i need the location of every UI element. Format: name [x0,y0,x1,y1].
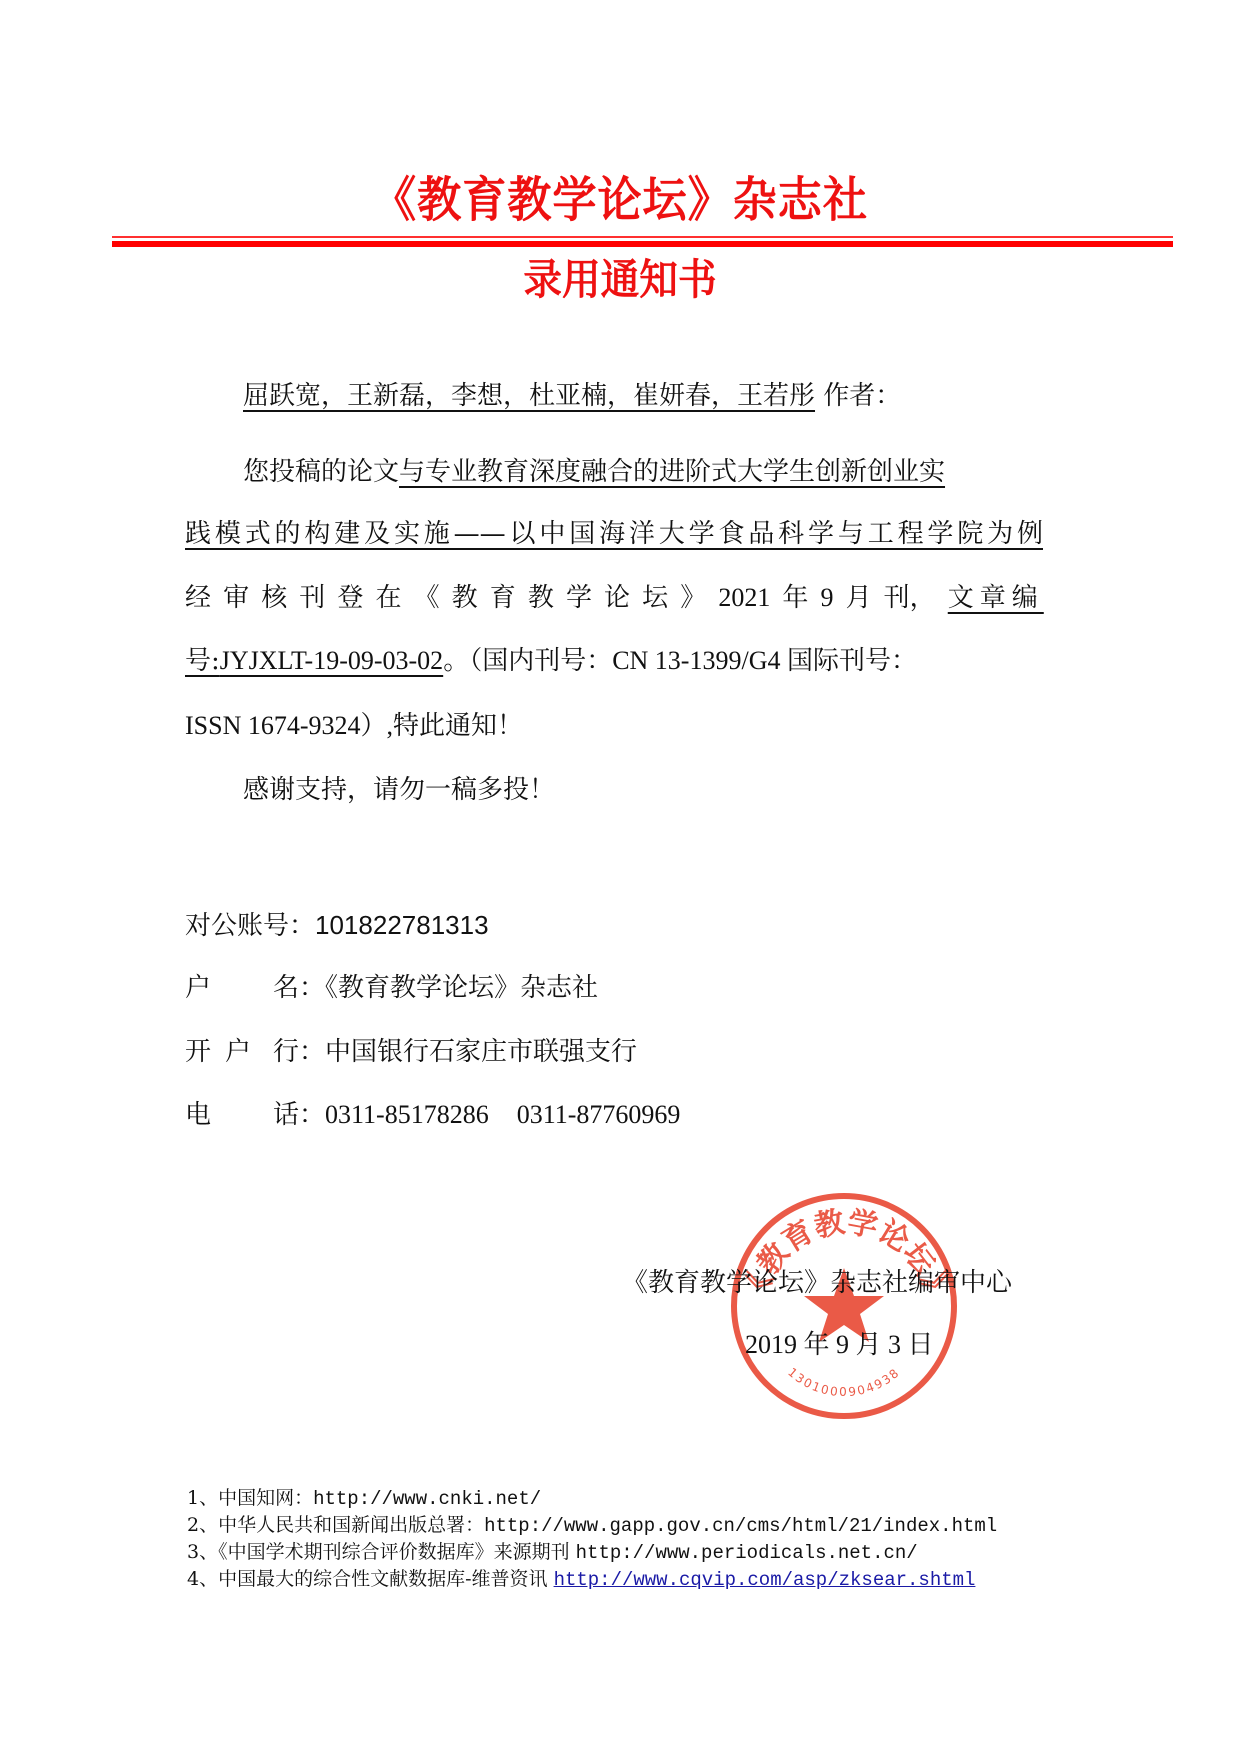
notice-line-4: 号:JYJXLT-19-09-03-02。（国内刊号：CN 13-1399/G4… [185,641,917,681]
reference-url: http://www.cnki.net/ [313,1488,541,1510]
text-fragment: 》 [680,578,706,618]
document-title: 录用通知书 [50,252,1191,308]
seal-number: 1301000904938 [785,1365,903,1399]
article-number: JYJXLT-19-09-03-02 [220,646,443,675]
notice-line-2: 践模式的构建及实施——以中国海洋大学食品科学与工程学院为例 [185,514,1043,554]
article-number-label-start: 文章编 [948,578,1044,618]
text-fragment: 经 [185,578,211,618]
account-name: 《教育教学论坛》杂志社 [325,973,598,1003]
reference-label: 2、中华人民共和国新闻出版总署： [187,1514,484,1536]
phone-row: 电话：0311-851782860311-87760969 [185,1095,680,1135]
text-fragment: 《 [414,578,440,618]
text-fragment: 刊 [299,578,325,618]
reference-item-3: 3、《中国学术期刊综合评价数据库》来源期刊 http://www.periodi… [187,1539,918,1567]
thanks-line: 感谢支持，请勿一稿多投！ [243,770,555,810]
text-fragment: 登 [337,578,363,618]
name-label-2: 名： [273,973,325,1003]
notice-line-5: ISSN 1674-9324）,特此通知！ [185,706,523,746]
header-rule-thin [112,236,1173,238]
bank-label-3: 行： [273,1037,325,1067]
header-rule-thick [112,241,1173,247]
phone-label-1: 电 [185,1095,273,1135]
notice-prefix: 您投稿的论文 [243,457,399,487]
reference-url: http://www.periodicals.net.cn/ [576,1542,918,1564]
svg-text:1301000904938: 1301000904938 [785,1365,903,1399]
issue-date: 2019 年 9 月 3 日 [745,1325,934,1365]
bank-label-1: 开 [185,1032,225,1072]
phone-number-2: 0311-87760969 [517,1100,681,1129]
journal-codes: 。（国内刊号：CN 13-1399/G4 国际刊号： [443,646,917,675]
article-number-label-end: 号: [185,646,220,676]
reference-label: 1、中国知网： [187,1487,313,1509]
text-fragment: 在 [375,578,401,618]
text-fragment: 坛 [642,578,668,618]
reference-label: 4、中国最大的综合性文献数据库-维普资讯 [187,1568,554,1590]
reference-item-4: 4、中国最大的综合性文献数据库-维普资讯 http://www.cqvip.co… [187,1566,975,1594]
authors-suffix: 作者： [815,381,901,411]
authors-line: 屈跃宽，王新磊，李想，杜亚楠，崔妍春，王若彤 作者： [243,376,901,416]
bank-row: 开户行：中国银行石家庄市联强支行 [185,1032,637,1072]
reference-item-2: 2、中华人民共和国新闻出版总署：http://www.gapp.gov.cn/c… [187,1512,997,1540]
phone-number-1: 0311-85178286 [325,1100,489,1129]
account-label: 对公账号： [185,911,315,941]
reference-item-1: 1、中国知网：http://www.cnki.net/ [187,1485,541,1513]
text-fragment: 论 [604,578,630,618]
official-seal-icon: 《教育教学论坛》 1301000904938 [728,1190,960,1422]
reference-label: 3、《中国学术期刊综合评价数据库》来源期刊 [187,1541,576,1563]
text-fragment: 学 [566,578,592,618]
publish-month: 9 [820,578,833,618]
paper-title-part-2: 践模式的构建及实施——以中国海洋大学食品科学与工程学院为例 [185,514,1043,554]
account-name-row: 户名：《教育教学论坛》杂志社 [185,968,598,1008]
notice-line-1: 您投稿的论文与专业教育深度融合的进阶式大学生创新创业实 [243,452,945,492]
publish-year: 2021 [718,578,770,618]
text-fragment: 刊， [884,578,936,618]
notice-line-3: 经 审 核 刊 登 在 《 教 育 教 学 论 坛 》 2021 年 9 月 刊… [185,578,1044,618]
text-fragment: 月 [846,578,872,618]
name-label-1: 户 [185,968,273,1008]
text-fragment: 审 [223,578,249,618]
text-fragment: 育 [490,578,516,618]
bank-name: 中国银行石家庄市联强支行 [325,1037,637,1067]
authors: 屈跃宽，王新磊，李想，杜亚楠，崔妍春，王若彤 [243,381,815,411]
publisher-title: 《教育教学论坛》杂志社 [50,170,1191,230]
paper-title-part-1: 与专业教育深度融合的进阶式大学生创新创业实 [399,457,945,487]
bank-label-2: 户 [225,1032,273,1072]
cqvip-link[interactable]: http://www.cqvip.com/asp/zksear.shtml [554,1569,976,1591]
account-number: 101822781313 [315,910,489,940]
issuer-name: 《教育教学论坛》杂志社编审中心 [622,1263,1012,1303]
text-fragment: 核 [261,578,287,618]
reference-url: http://www.gapp.gov.cn/cms/html/21/index… [484,1515,997,1537]
text-fragment: 教 [452,578,478,618]
text-fragment: 教 [528,578,554,618]
text-fragment: 年 [782,578,808,618]
account-row: 对公账号：101822781313 [185,905,489,946]
phone-label-2: 话： [273,1100,325,1130]
